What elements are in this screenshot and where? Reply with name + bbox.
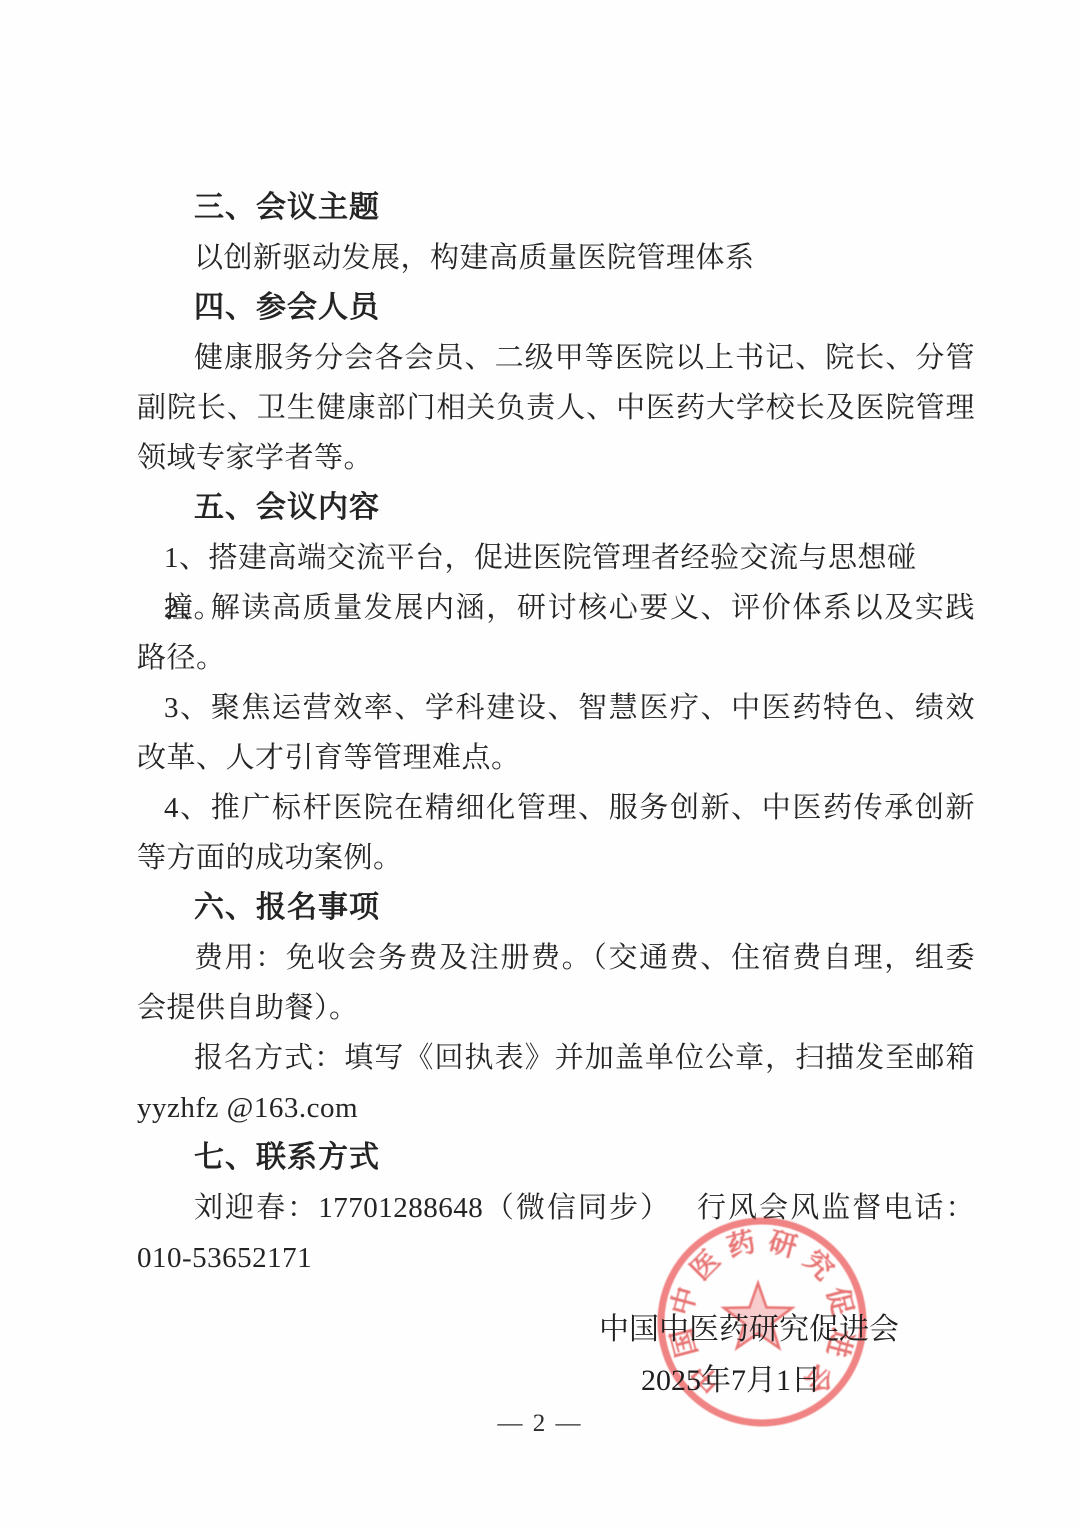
document-body: 三、会议主题以创新驱动发展，构建高质量医院管理体系四、参会人员健康服务分会各会员… — [137, 183, 975, 1283]
text-line: 路径。 — [137, 633, 975, 683]
text-line: 等方面的成功案例。 — [137, 833, 975, 883]
text-line: 2、解读高质量发展内涵，研讨核心要义、评价体系以及实践 — [137, 583, 975, 633]
text-line: 1、搭建高端交流平台，促进医院管理者经验交流与思想碰撞。 — [137, 533, 975, 583]
seal-arc-char: 研 — [765, 1226, 800, 1264]
text-line: 领域专家学者等。 — [137, 433, 975, 483]
text-line: 3、聚焦运营效率、学科建设、智慧医疗、中医药特色、绩效 — [137, 683, 975, 733]
text-line: 以创新驱动发展，构建高质量医院管理体系 — [137, 233, 975, 283]
text-line: yyzhfz @163.com — [137, 1083, 975, 1133]
section-heading: 三、会议主题 — [137, 183, 975, 233]
section-heading: 五、会议内容 — [137, 483, 975, 533]
text-line: 报名方式：填写《回执表》并加盖单位公章，扫描发至邮箱 — [137, 1033, 975, 1083]
section-heading: 七、联系方式 — [137, 1133, 975, 1183]
text-line: 副院长、卫生健康部门相关负责人、中医药大学校长及医院管理 — [137, 383, 975, 433]
signature-date: 2025年7月1日 — [641, 1362, 821, 1400]
text-line: 会提供自助餐）。 — [137, 983, 975, 1033]
section-heading: 六、报名事项 — [137, 883, 975, 933]
page-number: — 2 — — [0, 1410, 1080, 1438]
document-page: 三、会议主题以创新驱动发展，构建高质量医院管理体系四、参会人员健康服务分会各会员… — [0, 0, 1080, 1526]
text-line: 健康服务分会各会员、二级甲等医院以上书记、院长、分管 — [137, 333, 975, 383]
text-line: 改革、人才引育等管理难点。 — [137, 733, 975, 783]
text-line: 费用：免收会务费及注册费。（交通费、住宿费自理，组委 — [137, 933, 975, 983]
text-line: 4、推广标杆医院在精细化管理、服务创新、中医药传承创新 — [137, 783, 975, 833]
section-heading: 四、参会人员 — [137, 283, 975, 333]
signature-org: 中国中医药研究促进会 — [599, 1311, 899, 1349]
seal-arc-char: 药 — [724, 1226, 759, 1264]
